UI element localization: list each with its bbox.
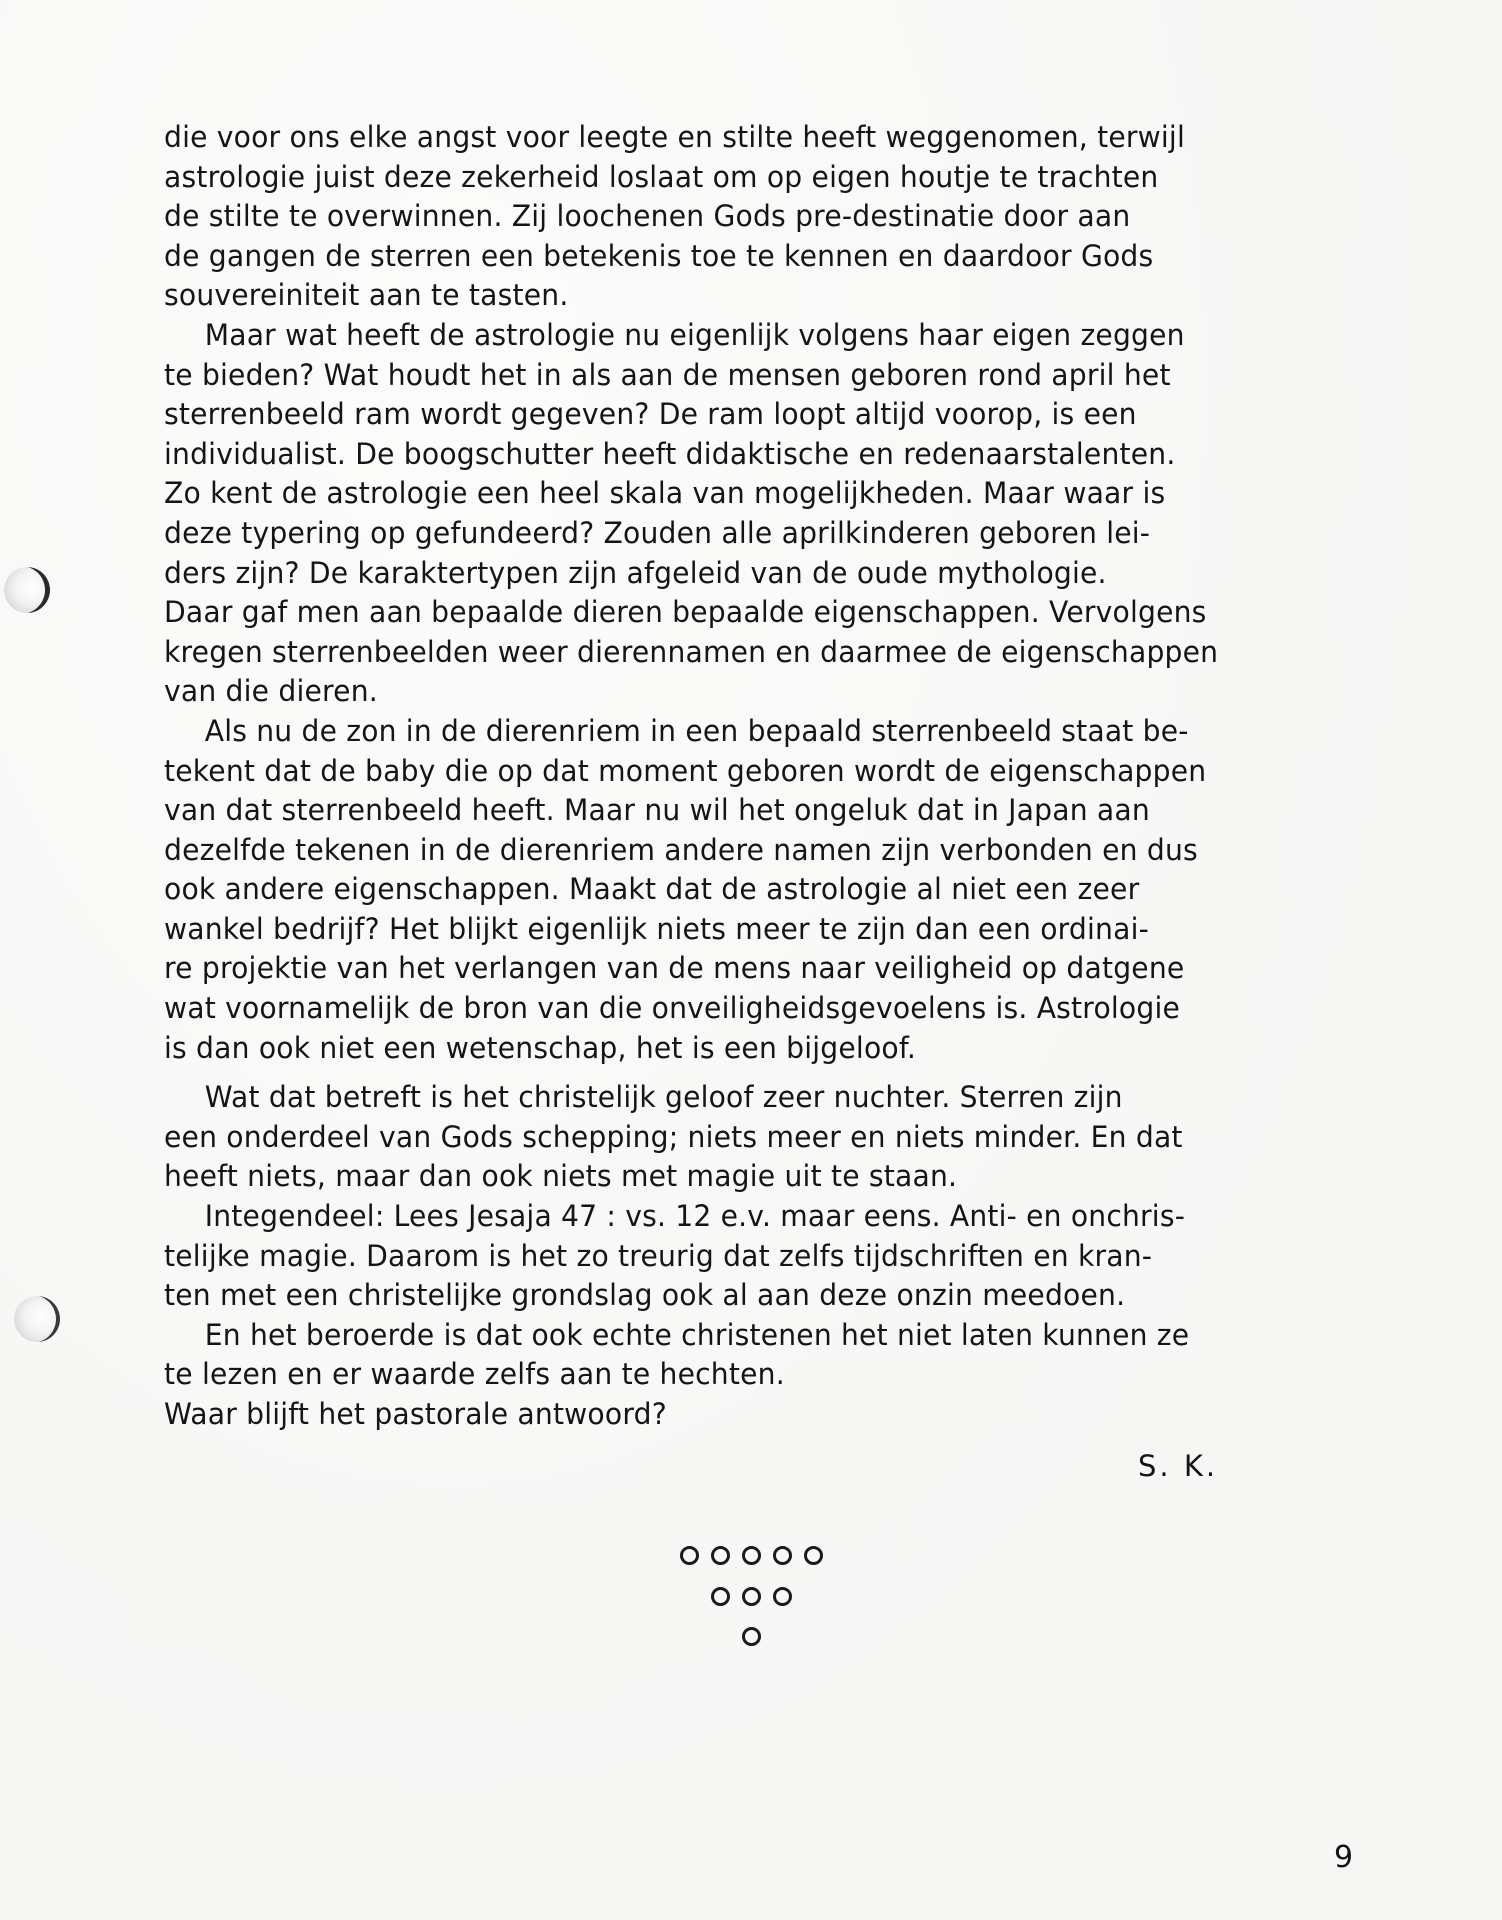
closing-question: Waar blijft het pastorale antwoord?	[164, 1395, 1394, 1435]
paragraph: Als nu de zon in de dierenriem in een be…	[164, 712, 1394, 1068]
text-line: En het beroerde is dat ook echte christe…	[164, 1316, 1358, 1356]
text-line: een onderdeel van Gods schepping; niets …	[164, 1118, 1360, 1158]
text-line: sterrenbeeld ram wordt gegeven? De ram l…	[164, 395, 1360, 435]
text-line: telijke magie. Daarom is het zo treurig …	[164, 1237, 1360, 1277]
text-line: Wat dat betreft is het christelijk geloo…	[164, 1078, 1358, 1118]
ornament-row-3	[0, 1627, 1502, 1646]
text-line: dezelfde tekenen in de dierenriem andere…	[164, 831, 1360, 871]
text-line: van die dieren.	[164, 672, 1360, 712]
circle-icon	[773, 1587, 792, 1606]
text-line: ook andere eigenschappen. Maakt dat de a…	[164, 870, 1360, 910]
text-line: de stilte te overwinnen. Zij loochenen G…	[164, 197, 1360, 237]
text-line: astrologie juist deze zekerheid loslaat …	[164, 158, 1360, 198]
text-line: is dan ook niet een wetenschap, het is e…	[164, 1029, 1360, 1069]
text-line: Waar blijft het pastorale antwoord?	[164, 1395, 1360, 1435]
ornament-row-2	[0, 1587, 1502, 1606]
paragraph: Integendeel: Lees Jesaja 47 : vs. 12 e.v…	[164, 1197, 1394, 1316]
circle-icon	[711, 1587, 730, 1606]
text-line: ders zijn? De karaktertypen zijn afgelei…	[164, 554, 1360, 594]
text-line: Zo kent de astrologie een heel skala van…	[164, 474, 1360, 514]
text-line: individualist. De boogschutter heeft did…	[164, 435, 1360, 475]
scanned-page: die voor ons elke angst voor leegte en s…	[0, 0, 1502, 1920]
text-line: Integendeel: Lees Jesaja 47 : vs. 12 e.v…	[164, 1197, 1358, 1237]
author-signature: S. K.	[1138, 1449, 1218, 1483]
punch-hole-bottom	[14, 1296, 60, 1342]
circle-icon	[804, 1546, 823, 1565]
text-line: wankel bedrijf? Het blijkt eigenlijk nie…	[164, 910, 1360, 950]
article-body: die voor ons elke angst voor leegte en s…	[164, 118, 1394, 1435]
circle-icon	[742, 1627, 761, 1646]
circle-icon	[680, 1546, 699, 1565]
paragraph: Maar wat heeft de astrologie nu eigenlij…	[164, 316, 1394, 712]
text-line: heeft niets, maar dan ook niets met magi…	[164, 1157, 1360, 1197]
paragraph: En het beroerde is dat ook echte christe…	[164, 1316, 1394, 1395]
text-line: te bieden? Wat houdt het in als aan de m…	[164, 356, 1360, 396]
text-line: ten met een christelijke grondslag ook a…	[164, 1276, 1360, 1316]
text-line: Als nu de zon in de dierenriem in een be…	[164, 712, 1358, 752]
paragraph: die voor ons elke angst voor leegte en s…	[164, 118, 1394, 316]
text-line: souvereiniteit aan te tasten.	[164, 276, 1360, 316]
page-number: 9	[1334, 1840, 1353, 1875]
circle-icon	[773, 1546, 792, 1565]
punch-hole-top	[4, 567, 50, 613]
text-line: die voor ons elke angst voor leegte en s…	[164, 118, 1360, 158]
text-line: de gangen de sterren een betekenis toe t…	[164, 237, 1360, 277]
text-line: wat voornamelijk de bron van die onveili…	[164, 989, 1360, 1029]
text-line: kregen sterrenbeelden weer dierennamen e…	[164, 633, 1360, 673]
text-line: van dat sterrenbeeld heeft. Maar nu wil …	[164, 791, 1360, 831]
text-line: Maar wat heeft de astrologie nu eigenlij…	[164, 316, 1358, 356]
paragraph-spacer	[164, 1068, 1394, 1078]
text-line: re projektie van het verlangen van de me…	[164, 949, 1360, 989]
ornament-row-1	[0, 1546, 1502, 1565]
text-line: deze typering op gefundeerd? Zouden alle…	[164, 514, 1360, 554]
circle-icon	[711, 1546, 730, 1565]
text-line: tekent dat de baby die op dat moment geb…	[164, 752, 1360, 792]
paragraph: Wat dat betreft is het christelijk geloo…	[164, 1078, 1394, 1197]
text-line: Daar gaf men aan bepaalde dieren bepaald…	[164, 593, 1360, 633]
circle-icon	[742, 1546, 761, 1565]
text-line: te lezen en er waarde zelfs aan te hecht…	[164, 1355, 1360, 1395]
circle-icon	[742, 1587, 761, 1606]
